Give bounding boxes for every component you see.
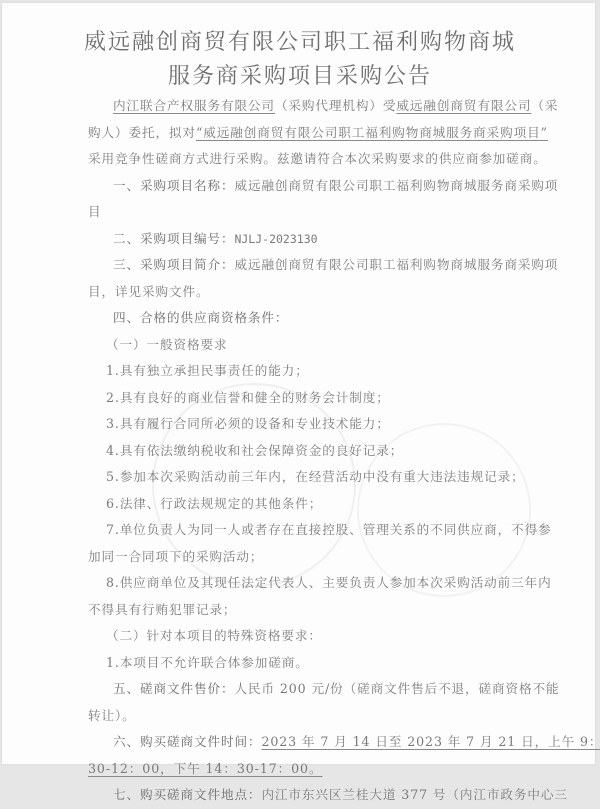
section-6-value-cont: 30-12：00，下午 14：30-17：00。 <box>88 761 322 768</box>
special-requirements-heading: （二）针对本项目的特殊资格要求： <box>88 623 513 650</box>
general-requirement-item: 6.法律、行政法规规定的其他条件； <box>88 491 513 518</box>
section-5-cont: 转让）。 <box>88 703 513 730</box>
section-2: 二、采购项目编号：NJLJ-2023130 <box>88 226 513 253</box>
intro-line-2: 购人）委托，拟对“威远融创商贸有限公司职工福利购物商城服务商采购项目” <box>88 120 513 147</box>
project-number: NJLJ-2023130 <box>234 232 317 246</box>
document-title-line2: 服务商采购项目采购公告 <box>0 60 600 94</box>
agent-name: 内江联合产权服务有限公司 <box>113 98 275 113</box>
general-requirement-item-8: 8.供应商单位及其现任法定代表人、主要负责人参加本次采购活动前三年内 <box>88 570 513 597</box>
section-6: 六、购买磋商文件时间：2023 年 7 月 14 日至 2023 年 7 月 2… <box>88 729 513 756</box>
section-2-label: 二、采购项目编号： <box>113 231 234 246</box>
section-4-label: 四、合格的供应商资格条件： <box>88 305 513 332</box>
section-1: 一、采购项目名称：威远融创商贸有限公司职工福利购物商城服务商采购项 <box>88 173 513 200</box>
purchaser-role-cont: 购人）委托，拟对 <box>88 125 196 140</box>
general-requirement-item: 4.具有依法缴纳税收和社会保障资金的良好记录； <box>88 438 513 465</box>
general-requirement-item: 2.具有良好的商业信誉和健全的财务会计制度； <box>88 385 513 412</box>
purchaser-role: （采 <box>531 98 558 113</box>
section-1-label: 一、采购项目名称： <box>113 178 234 193</box>
section-1-value: 威远融创商贸有限公司职工福利购物商城服务商采购项 <box>234 178 558 193</box>
document-title-line1: 威远融创商贸有限公司职工福利购物商城 <box>0 26 600 60</box>
section-5-label: 五、磋商文件售价： <box>113 681 234 696</box>
section-1-cont: 目 <box>88 199 513 226</box>
section-5-value: 人民币 200 元/份（磋商文件售后不退，磋商资格不能 <box>234 681 559 696</box>
general-requirement-item-7-cont: 加同一合同项下的采购活动； <box>88 544 513 571</box>
agent-role: （采购代理机构）受 <box>275 98 396 113</box>
section-6-value: 2023 年 7 月 14 日至 2023 年 7 月 21 日，上午 9： <box>261 734 600 749</box>
general-requirements-heading: （一）一般资格要求 <box>88 332 513 359</box>
document-body: 内江联合产权服务有限公司（采购代理机构）受威远融创商贸有限公司（采 购人）委托，… <box>88 93 513 767</box>
special-requirement-item: 1.本项目不允许联合体参加磋商。 <box>88 650 513 677</box>
general-requirement-item: 1.具有独立承担民事责任的能力； <box>88 358 513 385</box>
section-3: 三、采购项目简介：威远融创商贸有限公司职工福利购物商城服务商采购项 <box>88 252 513 279</box>
general-requirement-item-8-cont: 不得具有行贿犯罪记录； <box>88 597 513 624</box>
section-3-value: 威远融创商贸有限公司职工福利购物商城服务商采购项 <box>234 257 558 272</box>
section-6-cont: 30-12：00，下午 14：30-17：00。 <box>88 756 513 768</box>
purchaser-name: 威远融创商贸有限公司 <box>396 98 531 113</box>
general-requirement-item-7: 7.单位负责人为同一人或者存在直接控股、管理关系的不同供应商，不得参 <box>88 517 513 544</box>
intro-line-1: 内江联合产权服务有限公司（采购代理机构）受威远融创商贸有限公司（采 <box>88 93 513 120</box>
section-3-cont: 目，详见采购文件。 <box>88 279 513 306</box>
section-6-label: 六、购买磋商文件时间： <box>113 734 261 749</box>
project-name-quoted: “威远融创商贸有限公司职工福利购物商城服务商采购项目” <box>196 125 548 140</box>
section-3-label: 三、采购项目简介： <box>113 257 234 272</box>
general-requirement-item: 5.参加本次采购活动前三年内，在经营活动中没有重大违法违规记录； <box>88 464 513 491</box>
general-requirement-item: 3.具有履行合同所必须的设备和专业技术能力； <box>88 411 513 438</box>
section-5: 五、磋商文件售价：人民币 200 元/份（磋商文件售后不退，磋商资格不能 <box>88 676 513 703</box>
intro-line-3: 采用竞争性磋商方式进行采购。兹邀请符合本次采购要求的供应商参加磋商。 <box>88 146 513 173</box>
